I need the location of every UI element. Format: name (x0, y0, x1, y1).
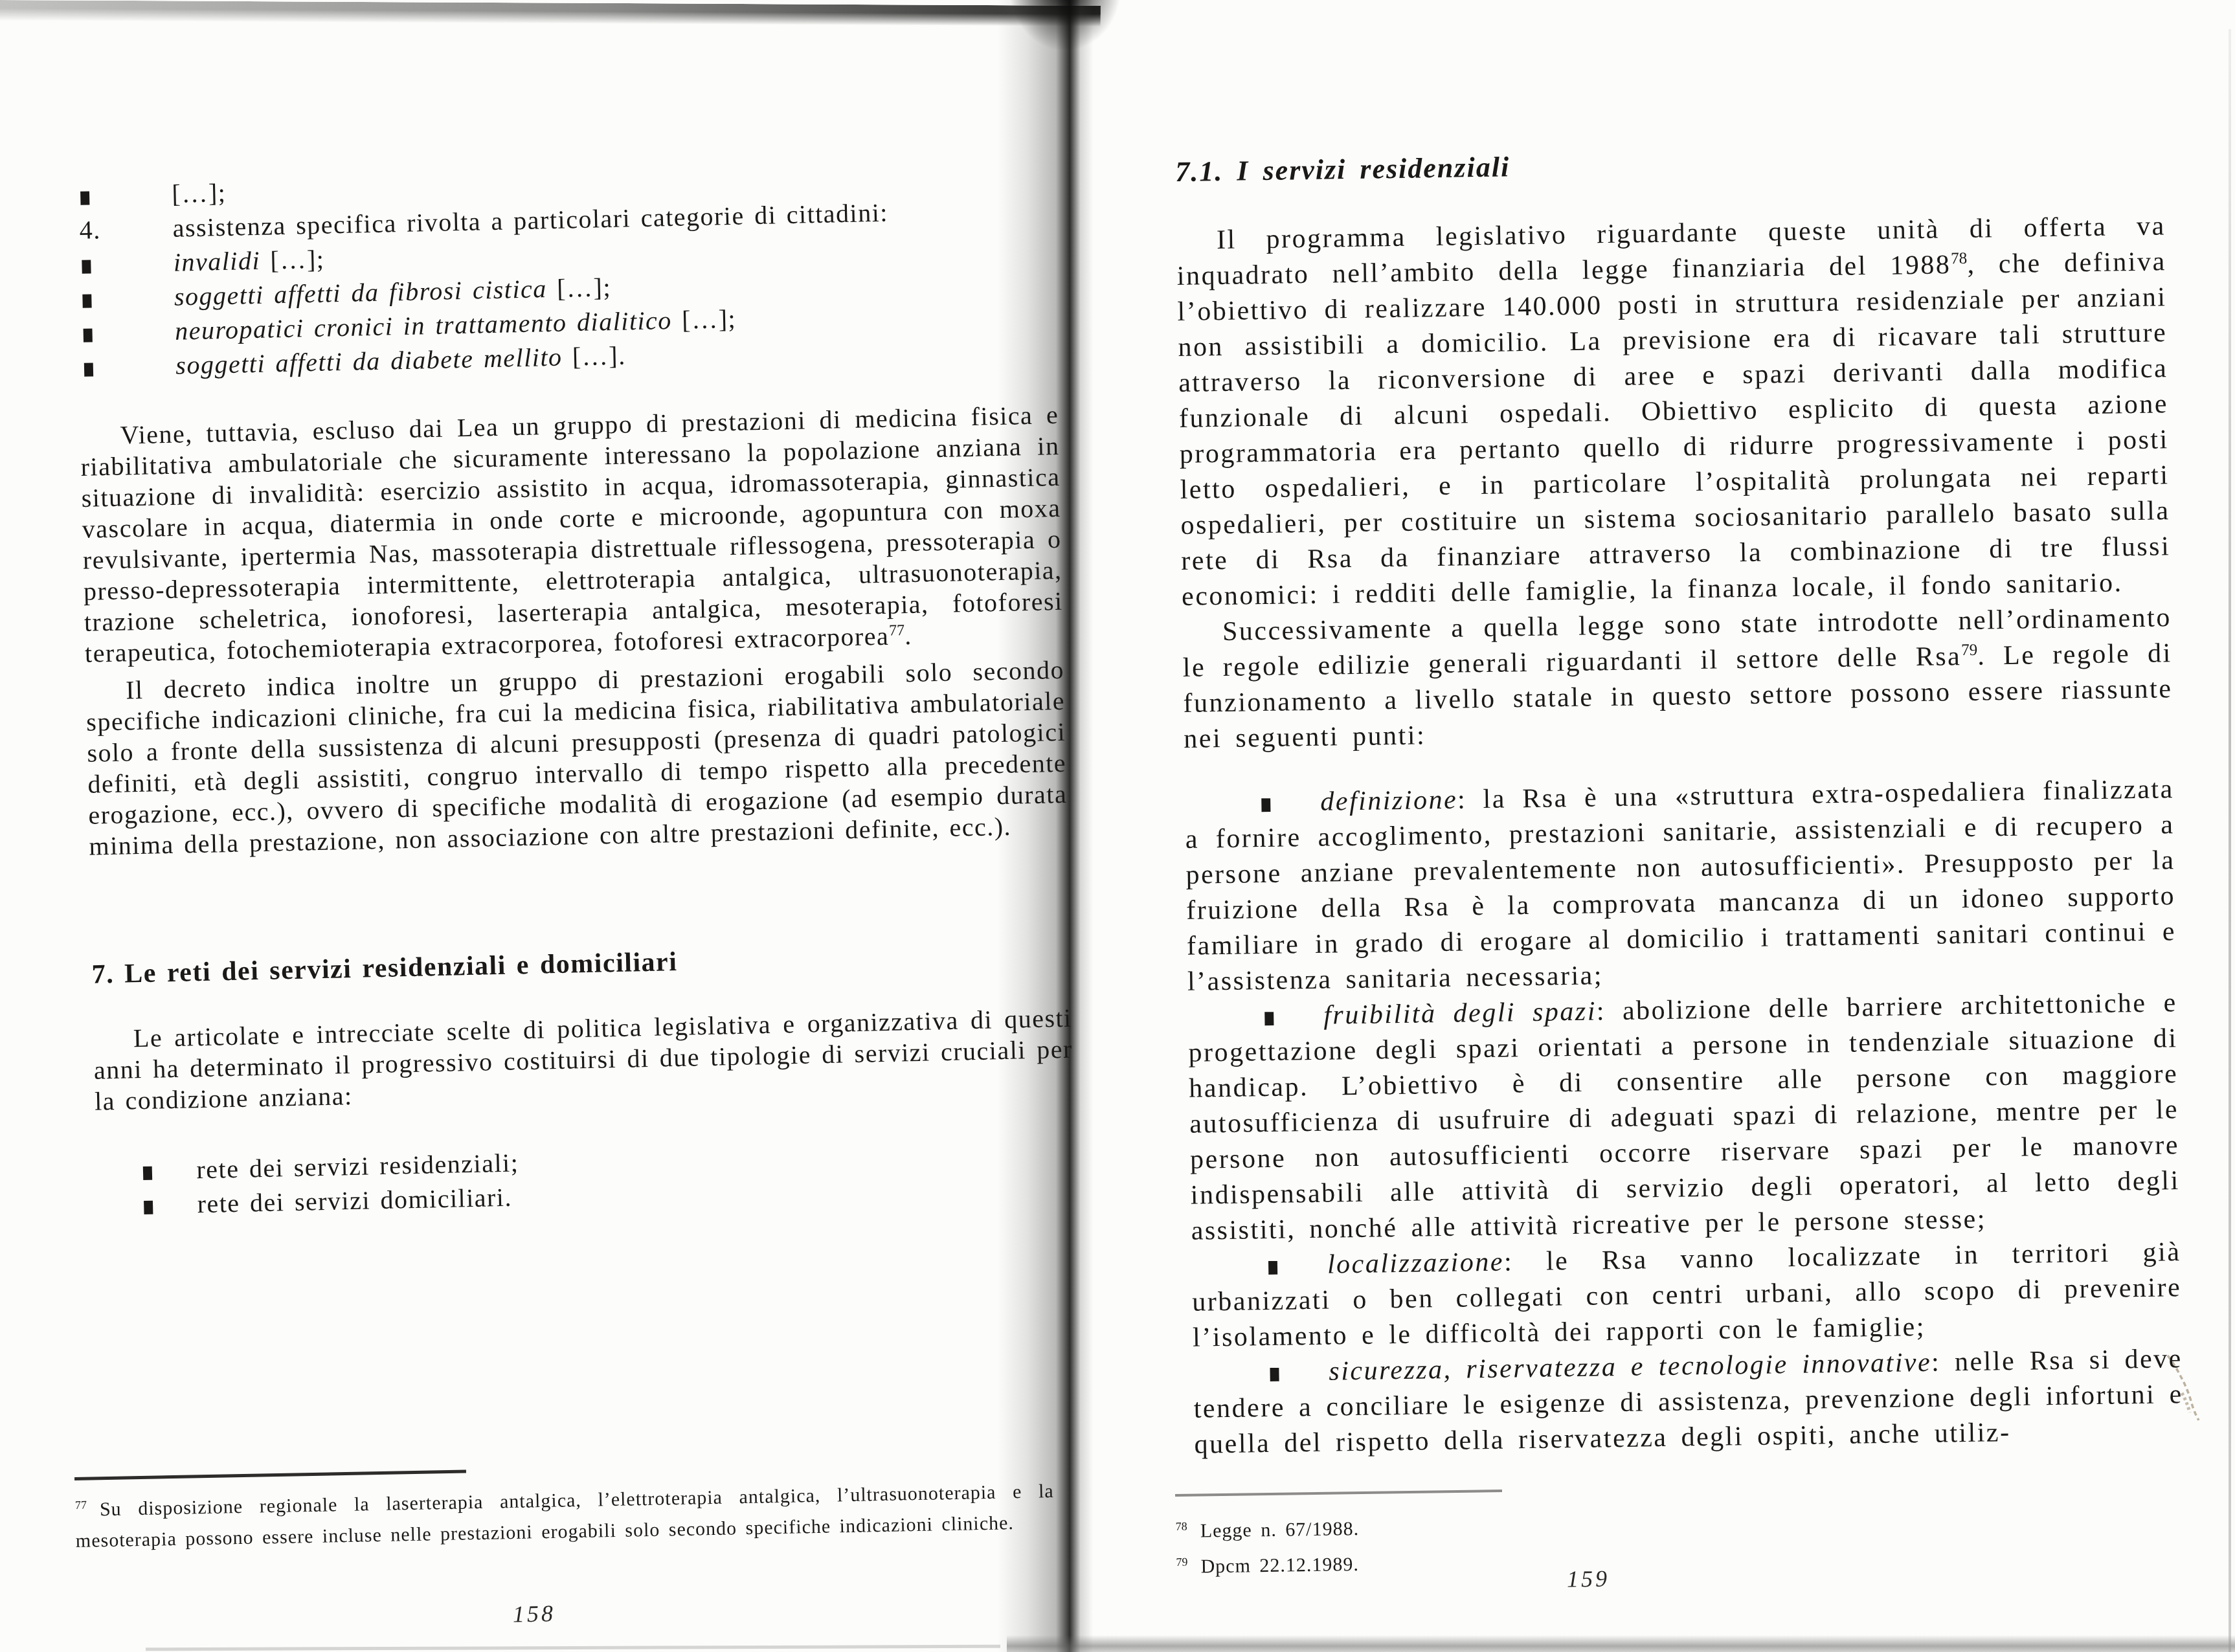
square-bullet-icon: ▪ (1225, 1003, 1277, 1031)
paragraph-lea-exclusions: Viene, tuttavia, escluso dai Lea un grup… (80, 399, 1064, 669)
square-bullet-icon: ▪ (82, 320, 95, 347)
square-bullet-icon: ▪ (78, 183, 92, 210)
bullet-localizzazione: ▪localizzazione: le Rsa vanno localizzat… (1191, 1234, 2182, 1356)
footnote-77: 77Su disposizione regionale la lasertera… (75, 1476, 1055, 1557)
paragraph-regole: Successivamente a quella legge sono stat… (1182, 600, 2173, 757)
left-footnote-block: 77Su disposizione regionale la lasertera… (74, 1458, 1055, 1557)
square-bullet-icon: ▪ (142, 1192, 155, 1220)
section-heading-7: 7. Le reti dei servizi residenziali e do… (91, 938, 1071, 990)
lea-exclusions-list: ▪ […]; 4. assistenza specifica rivolta a… (74, 157, 1058, 385)
square-bullet-icon: ▪ (80, 251, 93, 278)
square-bullet-icon: ▪ (82, 354, 96, 381)
right-page-text: 7.1. I servizi residenziali Il programma… (1175, 139, 2184, 1462)
left-page-text: ▪ […]; 4. assistenza specifica rivolta a… (74, 157, 1076, 1223)
footnote-divider (74, 1469, 466, 1480)
page-number-left: 158 (512, 1600, 556, 1628)
service-networks-list: ▪ rete dei servizi residenziali; ▪ rete … (96, 1133, 1076, 1223)
section-heading-7-1: 7.1. I servizi residenziali (1175, 139, 2165, 190)
footnote-ref-77: 77 (889, 622, 905, 640)
rsa-rules-list: ▪definizione: la Rsa è una «struttura ex… (1184, 772, 2183, 1463)
footnote-ref-79: 79 (1961, 642, 1978, 659)
bullet-definizione: ▪definizione: la Rsa è una «struttura ex… (1184, 772, 2177, 1000)
list-item-text: rete dei servizi domiciliari. (197, 1180, 512, 1222)
square-bullet-icon: ▪ (81, 285, 95, 313)
scan-bottom-edge-shadow (1007, 1635, 2235, 1652)
footnote-number: 79 (1176, 1556, 1187, 1568)
square-bullet-icon: ▪ (1231, 1359, 1283, 1387)
square-bullet-icon: ▪ (1222, 790, 1274, 818)
scan-gutter-top-shadow (1010, 0, 1120, 50)
scan-page-edge-line (2229, 29, 2231, 1652)
scan-bottom-edge-line (146, 1645, 1000, 1651)
list-number: 4. (79, 215, 101, 245)
bullet-fruibilita: ▪fruibilità degli spazi: abolizione dell… (1187, 985, 2181, 1249)
scan-top-edge-shadow (0, 0, 1101, 27)
book-scan-spread: ▪ […]; 4. assistenza specifica rivolta a… (0, 0, 2235, 1652)
footnote-ref-78: 78 (1951, 250, 1968, 267)
paragraph-scelte: Le articolate e intrecciate scelte di po… (93, 1003, 1073, 1117)
square-bullet-icon: ▪ (141, 1158, 155, 1185)
footnote-divider (1175, 1490, 1502, 1497)
footnote-number: 78 (1176, 1520, 1187, 1533)
page-number-right: 159 (1567, 1565, 1610, 1592)
list-item-text: invalidi […]; (173, 242, 325, 280)
footnote-number: 77 (75, 1499, 87, 1512)
list-item-text: […]; (172, 175, 227, 211)
right-footnote-block: 78Legge n. 67/1988. 79Dpcm 22.12.1989. (1175, 1480, 2161, 1585)
paragraph-programma: Il programma legislativo riguardante que… (1176, 208, 2172, 615)
bullet-sicurezza: ▪sicurezza, riservatezza e tecnologie in… (1193, 1341, 2184, 1463)
square-bullet-icon: ▪ (1229, 1253, 1281, 1280)
paragraph-decreto: Il decreto indica inoltre un gruppo di p… (85, 654, 1068, 862)
